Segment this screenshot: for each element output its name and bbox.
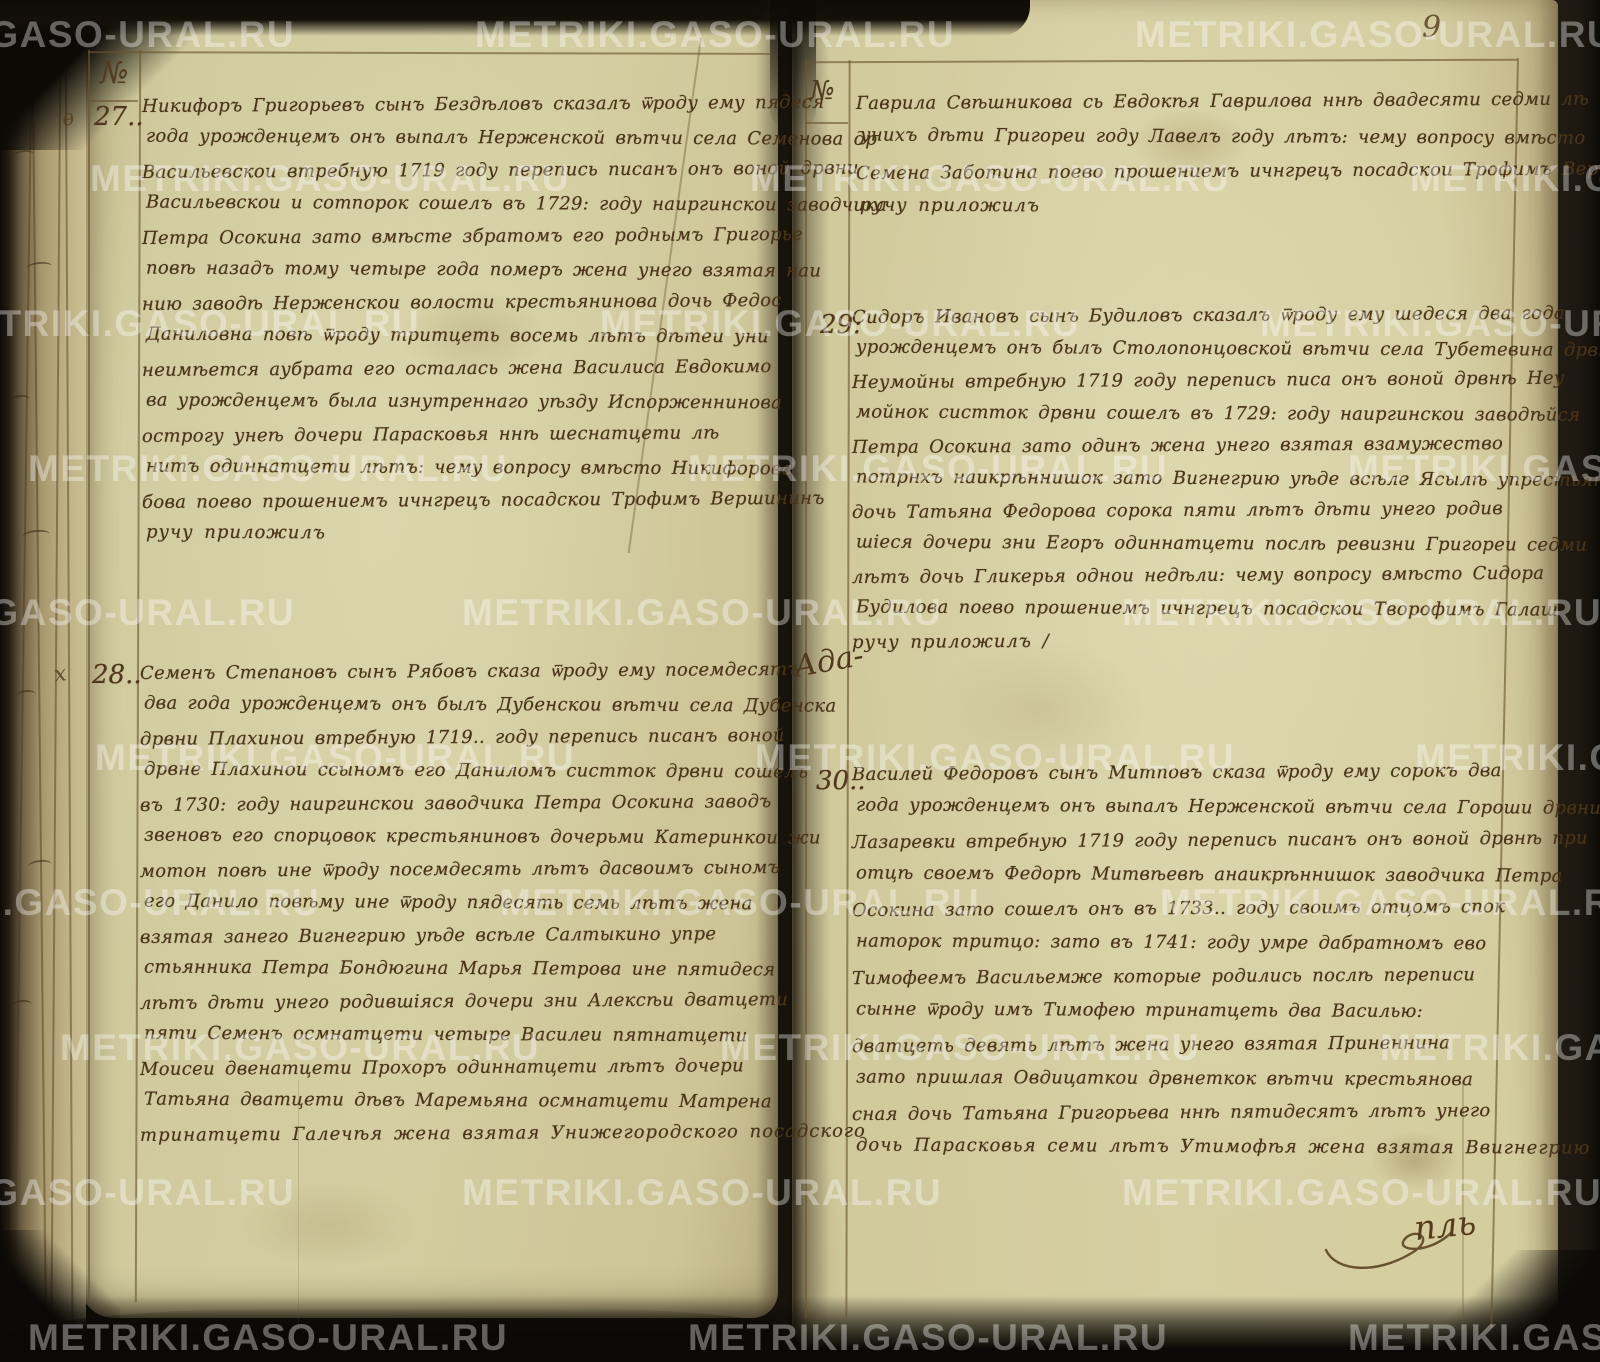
dark-top-edge [0,0,1030,36]
entry-30-text: Василей Федоровъ сынъ Митповъ сказа ѿрод… [852,756,1528,1164]
left-margin-number-header: № [100,56,128,91]
handwritten-line: потрнхъ наикрѣннишок зато Вигнегрию уѣде… [856,461,1524,496]
entry-28-text: Семенъ Степановъ сынъ Рябовъ сказа ѿроду… [140,655,780,1150]
continuation-entry-text: Гаврила Свѣшникова сь Евдокѣя Гаврилова … [856,84,1520,224]
flourish-text: пль [1412,1203,1478,1249]
handwritten-line: мойнок систток дрвни сошелъ въ 1729: год… [856,396,1524,431]
handwritten-line: нию заводѣ Нерженскои волости крестьянин… [142,284,778,321]
handwritten-line: Василей Федоровъ сынъ Митповъ сказа ѿрод… [852,754,1528,792]
entry-number-27: 27.. [94,102,144,132]
handwritten-line: Лазаревки втребную 1719 году перепись пи… [852,822,1528,860]
edge-ink-fragment [11,999,32,1012]
edge-ink-fragment [13,149,34,162]
handwritten-line: бова поево прошениемъ ичнгрецъ посадскои… [142,482,778,519]
handwritten-line: года урожденцемъ онъ выпалъ Нерженской в… [856,789,1528,826]
handwritten-line: пяти Семенъ осмнатцети четыре Василеи пя… [144,1017,780,1053]
handwritten-line: Васильевскои и сотпорок сошелъ въ 1729: … [146,186,778,222]
handwritten-line: года урожденцемъ онъ выпалъ Нерженской в… [146,120,778,156]
handwritten-line: Сидоръ Ивановъ сынъ Будиловъ сказалъ ѿро… [852,298,1524,335]
handwritten-line: нитъ одиннатцети лѣтъ: чему вопросу вмѣс… [146,450,778,486]
handwritten-line: ручу приложилъ / [852,623,1524,660]
sheet-edge-line [31,30,46,1310]
entry-27-text: Никифоръ Григорьевъ сынъ Бездѣловъ сказа… [142,88,778,550]
handwritten-line: дрвни Плахинои втребную 1719.. году пере… [140,719,780,756]
handwritten-line: Петра Осокина зато вмѣсте збратомъ его р… [142,218,778,255]
handwritten-line: его Данило повѣму ине ѿроду пядесять сем… [144,885,780,921]
dark-bottom-edge-left [0,1308,780,1362]
handwritten-line: лѣтъ дочь Гликерья однои недѣли: чему во… [852,558,1524,595]
handwritten-line: дватцеть девять лѣтъ жена унего взятая П… [852,1026,1528,1064]
handwritten-line: наторок тритцо: зато въ 1741: году умре … [856,925,1528,962]
handwritten-line: дочь Татьяна Федорова сорока пяти лѣтъ д… [852,493,1524,530]
handwritten-line: ручу приложилъ [860,188,1520,226]
handwritten-line: дрвне Плахинои ссыномъ его Даниломъ сист… [144,753,780,789]
handwritten-line: взятая занего Вигнегрию уѣде всѣле Салты… [140,917,780,954]
handwritten-line: сынне ѿроду имъ Тимофею тринатцеть два В… [856,993,1528,1030]
handwritten-line: острогу унеѣ дочери Парасковья ннѣ шесна… [142,416,778,453]
handwritten-line: зато пришлая Овдицаткои дрвнеткок вѣтчи … [856,1061,1528,1098]
handwritten-line: отцѣ своемъ Федорѣ Митвѣевѣ анаикрѣннишо… [856,857,1528,894]
handwritten-line: Семенъ Степановъ сынъ Рябовъ сказа ѿроду… [140,653,780,690]
handwritten-line: Татьяна дватцети дѣвъ Маремьяна осмнатце… [144,1083,780,1119]
handwritten-line: неимѣется аубрата его осталась жена Васи… [142,350,778,387]
handwritten-line: повѣ назадъ тому четыре года померъ жена… [146,252,778,288]
handwritten-line: Петра Осокина зато одинъ жена унего взят… [852,428,1524,465]
handwritten-line: шіеся дочери зни Егоръ одиннатцети послѣ… [856,526,1524,561]
handwritten-line: Даниловна повѣ ѿроду тритцеть восемь лѣт… [146,318,778,354]
handwritten-line: Моисеи двенатцети Прохоръ одиннатцети лѣ… [140,1049,780,1086]
handwritten-line: стьянника Петра Бондюгина Марья Петрова … [144,951,780,987]
edge-ink-fragment [15,689,36,702]
right-number-box-rule [805,122,848,124]
sheet-edge-line [13,60,32,1290]
handwritten-line: два года урожденцемъ онъ былъ Дубенскои … [144,687,780,723]
handwritten-line: Васильевскои втребную 1719 году перепись… [142,152,778,189]
handwritten-line: дочь Парасковья семи лѣтъ Утимофѣя жена … [856,1129,1528,1166]
handwritten-line: ручу приложилъ [146,516,778,552]
handwritten-line: Никифоръ Григорьевъ сынъ Бездѣловъ сказа… [142,86,778,123]
manuscript-scan: № № 9 ѳ 27.. х 28.. 29: 30.. Ада- Никифо… [0,0,1600,1362]
handwritten-line: Гаврила Свѣшникова сь Евдокѣя Гаврилова … [856,82,1520,121]
left-book-edge [0,0,86,1362]
handwritten-line: Семена Заботина поево прошениемъ ичнгрец… [856,152,1520,191]
handwritten-line: въ 1730: году наиргинскои заводчика Петр… [140,785,780,822]
edge-ink-fragment [27,859,52,872]
handwritten-line: Тимофеемъ Васильемже которые родились по… [852,958,1528,996]
entry-number-28: 28.. [92,660,142,690]
entry-29-text: Сидоръ Ивановъ сынъ Будиловъ сказалъ ѿро… [852,300,1524,658]
handwritten-line: унихъ дѣти Григореи году Лавелъ году лѣт… [860,118,1520,156]
handwritten-line: тринатцети Галечѣя жена взятая Унижегоро… [140,1115,780,1152]
handwritten-line: Осокина зато сошелъ онъ въ 1733.. году с… [852,890,1528,928]
left-page-margin-rule [88,50,90,1302]
sheet-edge-line [65,0,74,1330]
scribe-flourish: пль [1318,1188,1498,1280]
handwritten-line: урожденцемъ онъ былъ Столопонцовской вѣт… [856,331,1524,366]
page-number: 9 [1422,10,1441,45]
handwritten-line: звеновъ его спорцовок крестьяниновъ доче… [144,819,780,855]
handwritten-line: сная дочь Татьяна Григорьева ннѣ пятидес… [852,1094,1528,1132]
handwritten-line: ва урожденцемъ была изнутреннаго уѣзду И… [146,384,778,420]
handwritten-line: мотон повѣ ине ѿроду посемдесять лѣтъ да… [140,851,780,888]
handwritten-line: Неумойны втребную 1719 году перепись пис… [852,363,1524,400]
handwritten-line: лѣтъ дѣти унего родившіяся дочери зни Ал… [140,983,780,1020]
handwritten-line: Будилова поево прошениемъ ичнгрецъ посад… [856,591,1524,626]
